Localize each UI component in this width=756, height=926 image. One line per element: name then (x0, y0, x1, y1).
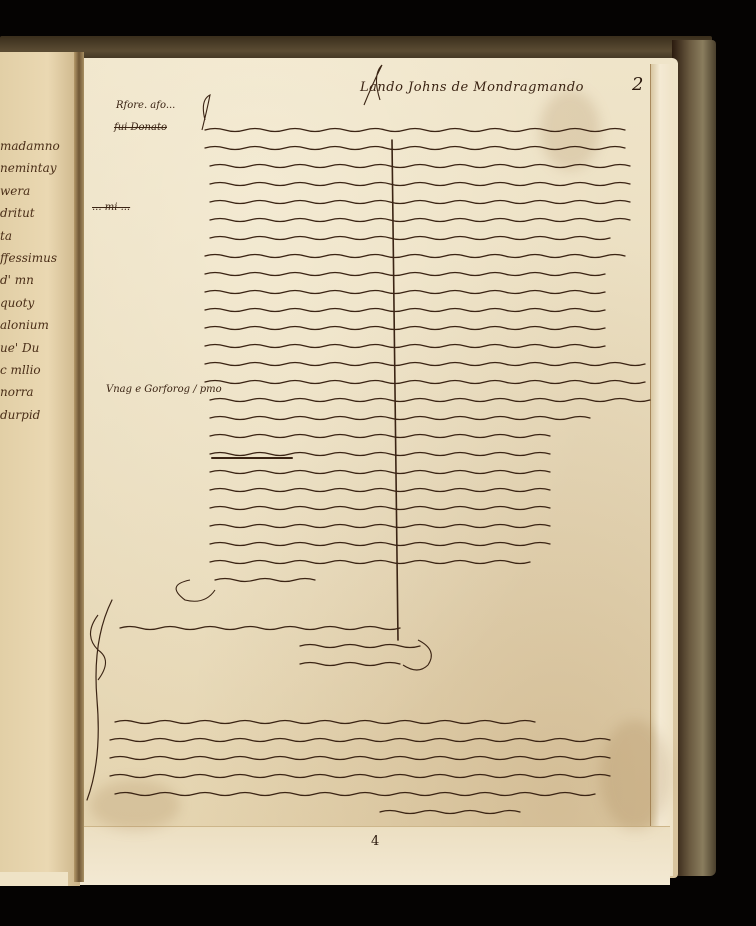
handwriting-strokes (0, 0, 756, 926)
